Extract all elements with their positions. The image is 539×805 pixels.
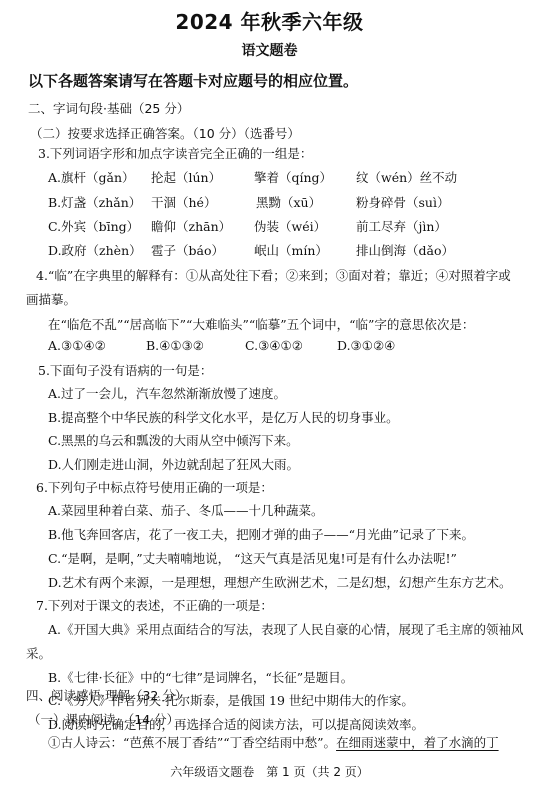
- question-6-stem: 6.下列句子中标点符号使用正确的一项是：: [36, 478, 273, 496]
- q3-option-a-1: A.旗杆（gǎn）: [48, 168, 135, 186]
- question-4-prompt: 在“临危不乱”“居高临下”“大难临头”“临摹”五个词中，“临”字的意思依次是：: [48, 315, 474, 333]
- q5-option-d: D.人们刚走进山洞，外边就刮起了狂风大雨。: [48, 455, 299, 473]
- q4-option-b: B.④①③②: [146, 338, 204, 353]
- section-4-heading: 四、阅读感悟·理解（32 分）: [26, 686, 187, 704]
- q3-option-d-1: D.政府（zhèn）: [48, 241, 142, 259]
- section-4-subheading: （一）课内阅读。（14 分）: [28, 710, 179, 728]
- q3-option-b-1: B.灯盏（zhǎn）: [48, 193, 141, 211]
- q5-option-c: C.黑黑的乌云和瓢泼的大雨从空中倾泻下来。: [48, 431, 299, 449]
- q3-option-d-3: 岷山（mín）: [254, 241, 328, 259]
- q6-option-c: C.“是啊，是啊，”丈夫喃喃地说， “这天气真是活见鬼!可是有什么办法呢!”: [48, 549, 457, 567]
- exam-title: 2024 年秋季六年级: [0, 6, 539, 35]
- q3-option-b-4: 粉身碎骨（suì）: [356, 193, 449, 211]
- q7-option-a-line2: 采。: [26, 644, 51, 662]
- question-4-stem-line2: 画描摹。: [26, 290, 76, 308]
- q7-option-b: B.《七律·长征》中的“七律”是词牌名，“长征”是题目。: [48, 668, 353, 686]
- exam-page: 2024 年秋季六年级 语文题卷 以下各题答案请写在答题卡对应题号的相应位置。 …: [0, 0, 539, 805]
- answer-instruction: 以下各题答案请写在答题卡对应题号的相应位置。: [28, 70, 358, 91]
- q3-option-c-1: C.外宾（bīng）: [48, 217, 139, 235]
- q3-option-b-2: 干涸（hé）: [151, 193, 216, 211]
- q5-option-a: A.过了一会儿，汽车忽然渐渐放慢了速度。: [48, 384, 286, 402]
- passage-underlined-text: 在细雨迷蒙中，着了水滴的丁: [336, 735, 499, 750]
- q6-option-b: B.他飞奔回客店，花了一夜工夫，把刚才弹的曲子——“月光曲”记录了下来。: [48, 525, 474, 543]
- q4-option-c: C.③④①②: [245, 338, 303, 353]
- q6-option-d: D.艺术有两个来源，一是理想，理想产生欧洲艺术，二是幻想，幻想产生东方艺术。: [48, 573, 512, 591]
- q4-option-a: A.③①④②: [48, 338, 106, 353]
- question-5-stem: 5.下面句子没有语病的一句是：: [38, 361, 212, 379]
- q3-option-b-3: 黑黝（xū）: [256, 193, 321, 211]
- q3-option-a-2: 抡起（lún）: [151, 168, 221, 186]
- q3-option-c-3: 伪装（wéi）: [254, 217, 326, 235]
- q6-option-a: A.菜园里种着白菜、茄子、冬瓜——十几种蔬菜。: [48, 501, 324, 519]
- q4-option-d: D.③①②④: [337, 338, 395, 353]
- question-7-stem: 7.下列对于课文的表述，不正确的一项是：: [36, 596, 273, 614]
- section-2-subheading: （二）按要求选择正确答案。（10 分）（选番号）: [30, 124, 300, 142]
- section-2-heading: 二、字词句段·基础（25 分）: [28, 99, 189, 117]
- q3-option-c-4: 前工尽弃（jìn）: [356, 217, 447, 235]
- reading-passage-line: ①古人诗云：“芭蕉不展丁香结”“丁香空结雨中愁”。在细雨迷蒙中，着了水滴的丁: [48, 733, 499, 751]
- question-4-stem-line1: 4.“临”在字典里的解释有：①从高处往下看；②来到；③面对着；靠近；④对照着字或: [36, 266, 511, 284]
- exam-subtitle: 语文题卷: [0, 40, 539, 60]
- q5-option-b: B.提高整个中华民族的科学文化水平，是亿万人民的切身事业。: [48, 408, 399, 426]
- q7-option-a-line1: A.《开国大典》采用点面结合的写法，表现了人民自豪的心情，展现了毛主席的领袖风: [48, 620, 524, 638]
- passage-text: ①古人诗云：“芭蕉不展丁香结”“丁香空结雨中愁”。: [48, 735, 336, 750]
- q3-option-a-3: 擎着（qíng）: [254, 168, 332, 186]
- q3-option-c-2: 瞻仰（zhān）: [151, 217, 231, 235]
- q3-option-d-4: 排山倒海（dǎo）: [356, 241, 454, 259]
- page-footer: 六年级语文题卷 第 1 页（共 2 页）: [0, 763, 539, 780]
- question-3-stem: 3.下列词语字形和加点字读音完全正确的一组是：: [38, 144, 312, 162]
- q3-option-d-2: 雹子（báo）: [151, 241, 224, 259]
- q3-option-a-4: 纹（wén）丝不动: [356, 168, 457, 186]
